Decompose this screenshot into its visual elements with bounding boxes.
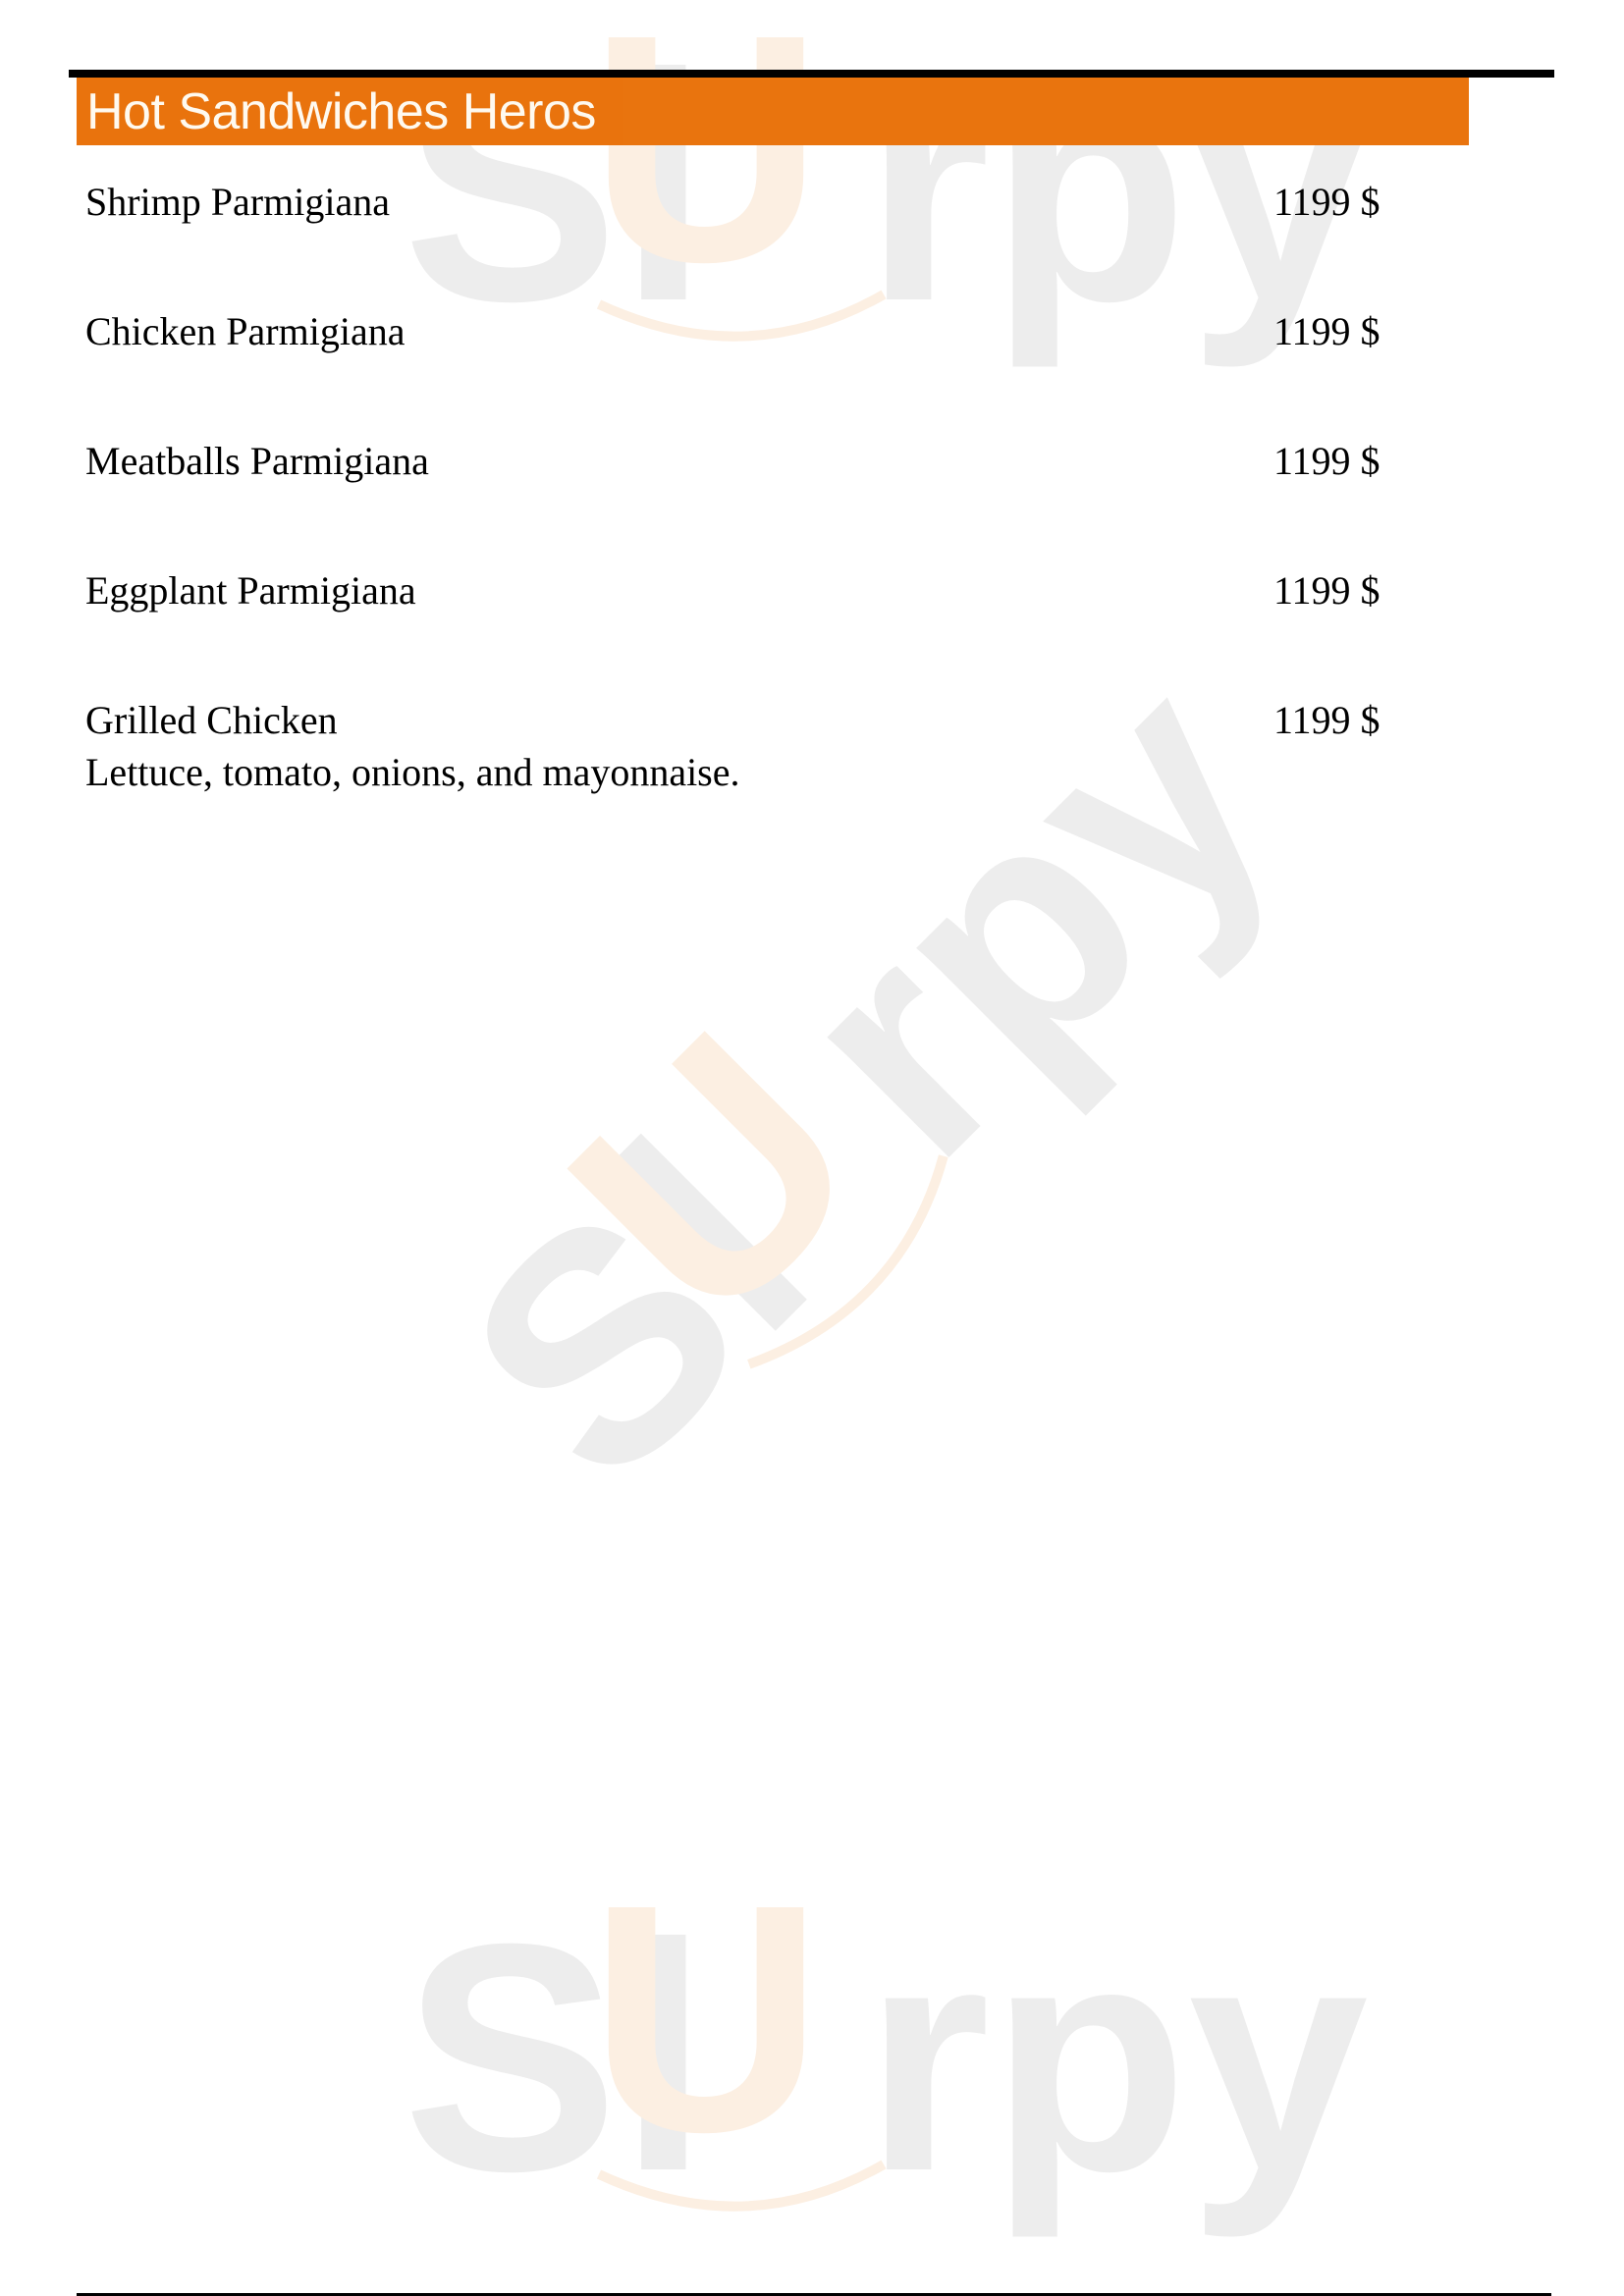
item-price: 1199 $: [1273, 308, 1380, 355]
watermark-swoosh-icon: [599, 294, 884, 337]
watermark-swoosh-icon: [742, 1156, 973, 1387]
item-name: Chicken Parmigiana: [85, 308, 405, 355]
watermark-top: Sl U rpy: [403, 0, 1371, 370]
watermark-bottom: Sl U rpy: [403, 1837, 1371, 2240]
watermark-text-left: Sl: [403, 1876, 709, 2238]
item-price: 1199 $: [1273, 438, 1380, 485]
watermark-text-right: rpy: [864, 1876, 1371, 2240]
watermark-text-left: Sl: [403, 6, 709, 368]
item-description: Lettuce, tomato, onions, and mayonnaise.: [85, 749, 740, 796]
watermark-text-accent: U: [589, 0, 823, 329]
watermark-swoosh-icon: [599, 2164, 884, 2207]
watermark-text-accent: U: [504, 967, 925, 1388]
top-divider: [69, 70, 1554, 78]
item-price: 1199 $: [1273, 697, 1380, 744]
item-price: 1199 $: [1273, 567, 1380, 614]
item-name: Meatballs Parmigiana: [85, 438, 429, 485]
watermark-middle: Sl U rpy: [371, 580, 1341, 1550]
watermark-text-left: Sl: [399, 1076, 871, 1548]
section-title: Hot Sandwiches Heros: [86, 82, 596, 141]
watermark-text-right: rpy: [726, 608, 1341, 1223]
item-name: Shrimp Parmigiana: [85, 179, 390, 226]
section-header: Hot Sandwiches Heros: [77, 78, 1469, 145]
watermark-text-accent: U: [589, 1837, 823, 2199]
item-name: Grilled Chicken: [85, 697, 338, 744]
item-name: Eggplant Parmigiana: [85, 567, 416, 614]
item-price: 1199 $: [1273, 179, 1380, 226]
